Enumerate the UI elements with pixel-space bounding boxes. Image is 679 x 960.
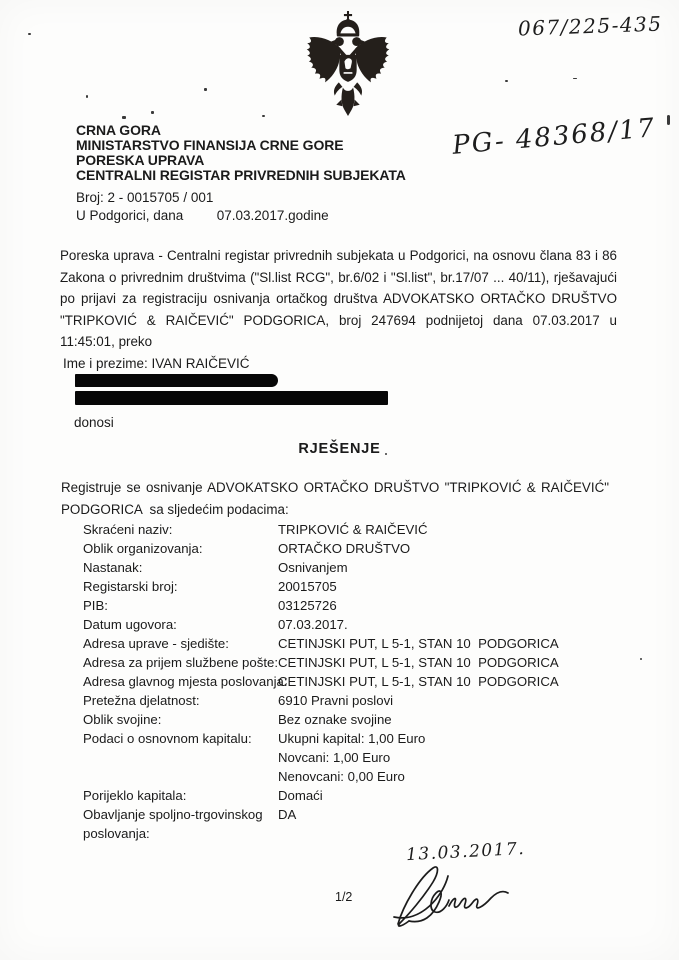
field-label: Obavljanje spoljno-trgovinskog poslovanj… [83,805,278,843]
field-value: 07.03.2017. [278,615,348,634]
field-row-porijeklo-kapitala: Porijeklo kapitala:Domaći [83,786,617,805]
field-row-adresa-uprave: Adresa uprave - sjedište:CETINJSKI PUT, … [83,634,617,653]
field-row-spoljno-trgovinsko: Obavljanje spoljno-trgovinskog poslovanj… [83,805,617,843]
field-label: Oblik organizovanja: [83,539,278,558]
field-value: Ukupni kapital: 1,00 EuroNovcani: 1,00 E… [278,729,425,786]
field-value: ORTAČKO DRUŠTVO [278,539,410,558]
field-label: Adresa za prijem službene pošte: [83,653,278,672]
scan-speck [151,111,154,114]
applicant-name-line: Ime i prezime: IVAN RAIČEVIĆ [63,356,250,371]
field-value: 6910 Pravni poslovi [278,691,393,710]
field-value: 20015705 [278,577,337,596]
coat-of-arms-montenegro-icon [302,11,394,117]
place-date-line: U Podgorici, dana 07.03.2017.godine [76,207,329,225]
kapital-line-nenovcani: Nenovcani: 0,00 Euro [278,767,425,786]
field-row-adresa-poslovanja: Adresa glavnog mjesta poslovanja:CETINJS… [83,672,617,691]
decision-title: RJEŠENJE [0,441,679,457]
scan-speck [667,115,670,125]
field-value: CETINJSKI PUT, L 5-1, STAN 10 PODGORICA [278,634,559,653]
registration-fields: Skraćeni naziv:TRIPKOVIĆ & RAIČEVIĆ Obli… [83,520,617,843]
field-row-adresa-poste: Adresa za prijem službene pošte:CETINJSK… [83,653,617,672]
field-value: DA [278,805,296,824]
field-row-datum-ugovora: Datum ugovora:07.03.2017. [83,615,617,634]
field-label: Adresa uprave - sjedište: [83,634,278,653]
scan-speck [262,115,265,117]
kapital-line-ukupni: Ukupni kapital: 1,00 Euro [278,729,425,748]
field-label: Pretežna djelatnost: [83,691,278,710]
field-row-pretezna-djelatnost: Pretežna djelatnost:6910 Pravni poslovi [83,691,617,710]
field-value: CETINJSKI PUT, L 5-1, STAN 10 PODGORICA [278,653,559,672]
page-number: 1/2 [335,890,352,904]
decision-paragraph: Registruje se osnivanje ADVOKATSKO ORTAČ… [61,477,609,520]
intro-paragraph: Poreska uprava - Centralni registar priv… [60,245,617,353]
donosi-text: donosi [74,415,114,430]
scanned-document-page: 067/225-435 PG- 48368/17 CRNA GORA MINIS… [0,0,679,960]
field-label: Adresa glavnog mjesta poslovanja: [83,672,278,691]
field-label: Porijeklo kapitala: [83,786,278,805]
org-line-country: CRNA GORA [76,123,406,138]
scan-speck [640,658,642,660]
place-label: U Podgorici, dana [76,207,213,225]
field-row-kapital: Podaci o osnovnom kapitalu:Ukupni kapita… [83,729,617,786]
field-label: Podaci o osnovnom kapitalu: [83,729,278,748]
scan-speck [86,95,88,98]
handwritten-phone-number: 067/225-435 [518,11,663,40]
field-row-oblik-svojine: Oblik svojine:Bez oznake svojine [83,710,617,729]
field-row-skraceni-naziv: Skraćeni naziv:TRIPKOVIĆ & RAIČEVIĆ [83,520,617,539]
field-value: TRIPKOVIĆ & RAIČEVIĆ [278,520,428,539]
field-value: 03125726 [278,596,337,615]
institution-header: CRNA GORA MINISTARSTVO FINANSIJA CRNE GO… [76,123,406,183]
scan-speck [204,88,207,91]
org-line-administration: PORESKA UPRAVA [76,153,406,168]
org-line-registry: CENTRALNI REGISTAR PRIVREDNIH SUBJEKATA [76,168,406,183]
field-row-pib: PIB:03125726 [83,596,617,615]
scan-speck [505,80,508,82]
redaction-bar [75,374,278,387]
field-row-nastanak: Nastanak:Osnivanjem [83,558,617,577]
handwritten-case-number: PG- 48368/17 [451,113,657,161]
scan-speck [573,78,577,79]
org-line-ministry: MINISTARSTVO FINANSIJA CRNE GORE [76,138,406,153]
kapital-line-novcani: Novcani: 1,00 Euro [278,748,425,767]
scan-speck [28,33,31,35]
field-label: PIB: [83,596,278,615]
redaction-bar [75,391,388,405]
field-row-registarski-broj: Registarski broj:20015705 [83,577,617,596]
field-label: Datum ugovora: [83,615,278,634]
document-number-line: Broj: 2 - 0015705 / 001 [76,189,213,207]
scan-speck [122,116,126,119]
field-label: Registarski broj: [83,577,278,596]
field-value: Domaći [278,786,323,805]
field-row-oblik-organizovanja: Oblik organizovanja:ORTAČKO DRUŠTVO [83,539,617,558]
field-label: Nastanak: [83,558,278,577]
field-value: Osnivanjem [278,558,348,577]
field-value: Bez oznake svojine [278,710,392,729]
field-label: Skraćeni naziv: [83,520,278,539]
field-label: Oblik svojine: [83,710,278,729]
document-date: 07.03.2017.godine [217,208,329,223]
field-value: CETINJSKI PUT, L 5-1, STAN 10 PODGORICA [278,672,559,691]
signature-scribble [388,860,540,932]
